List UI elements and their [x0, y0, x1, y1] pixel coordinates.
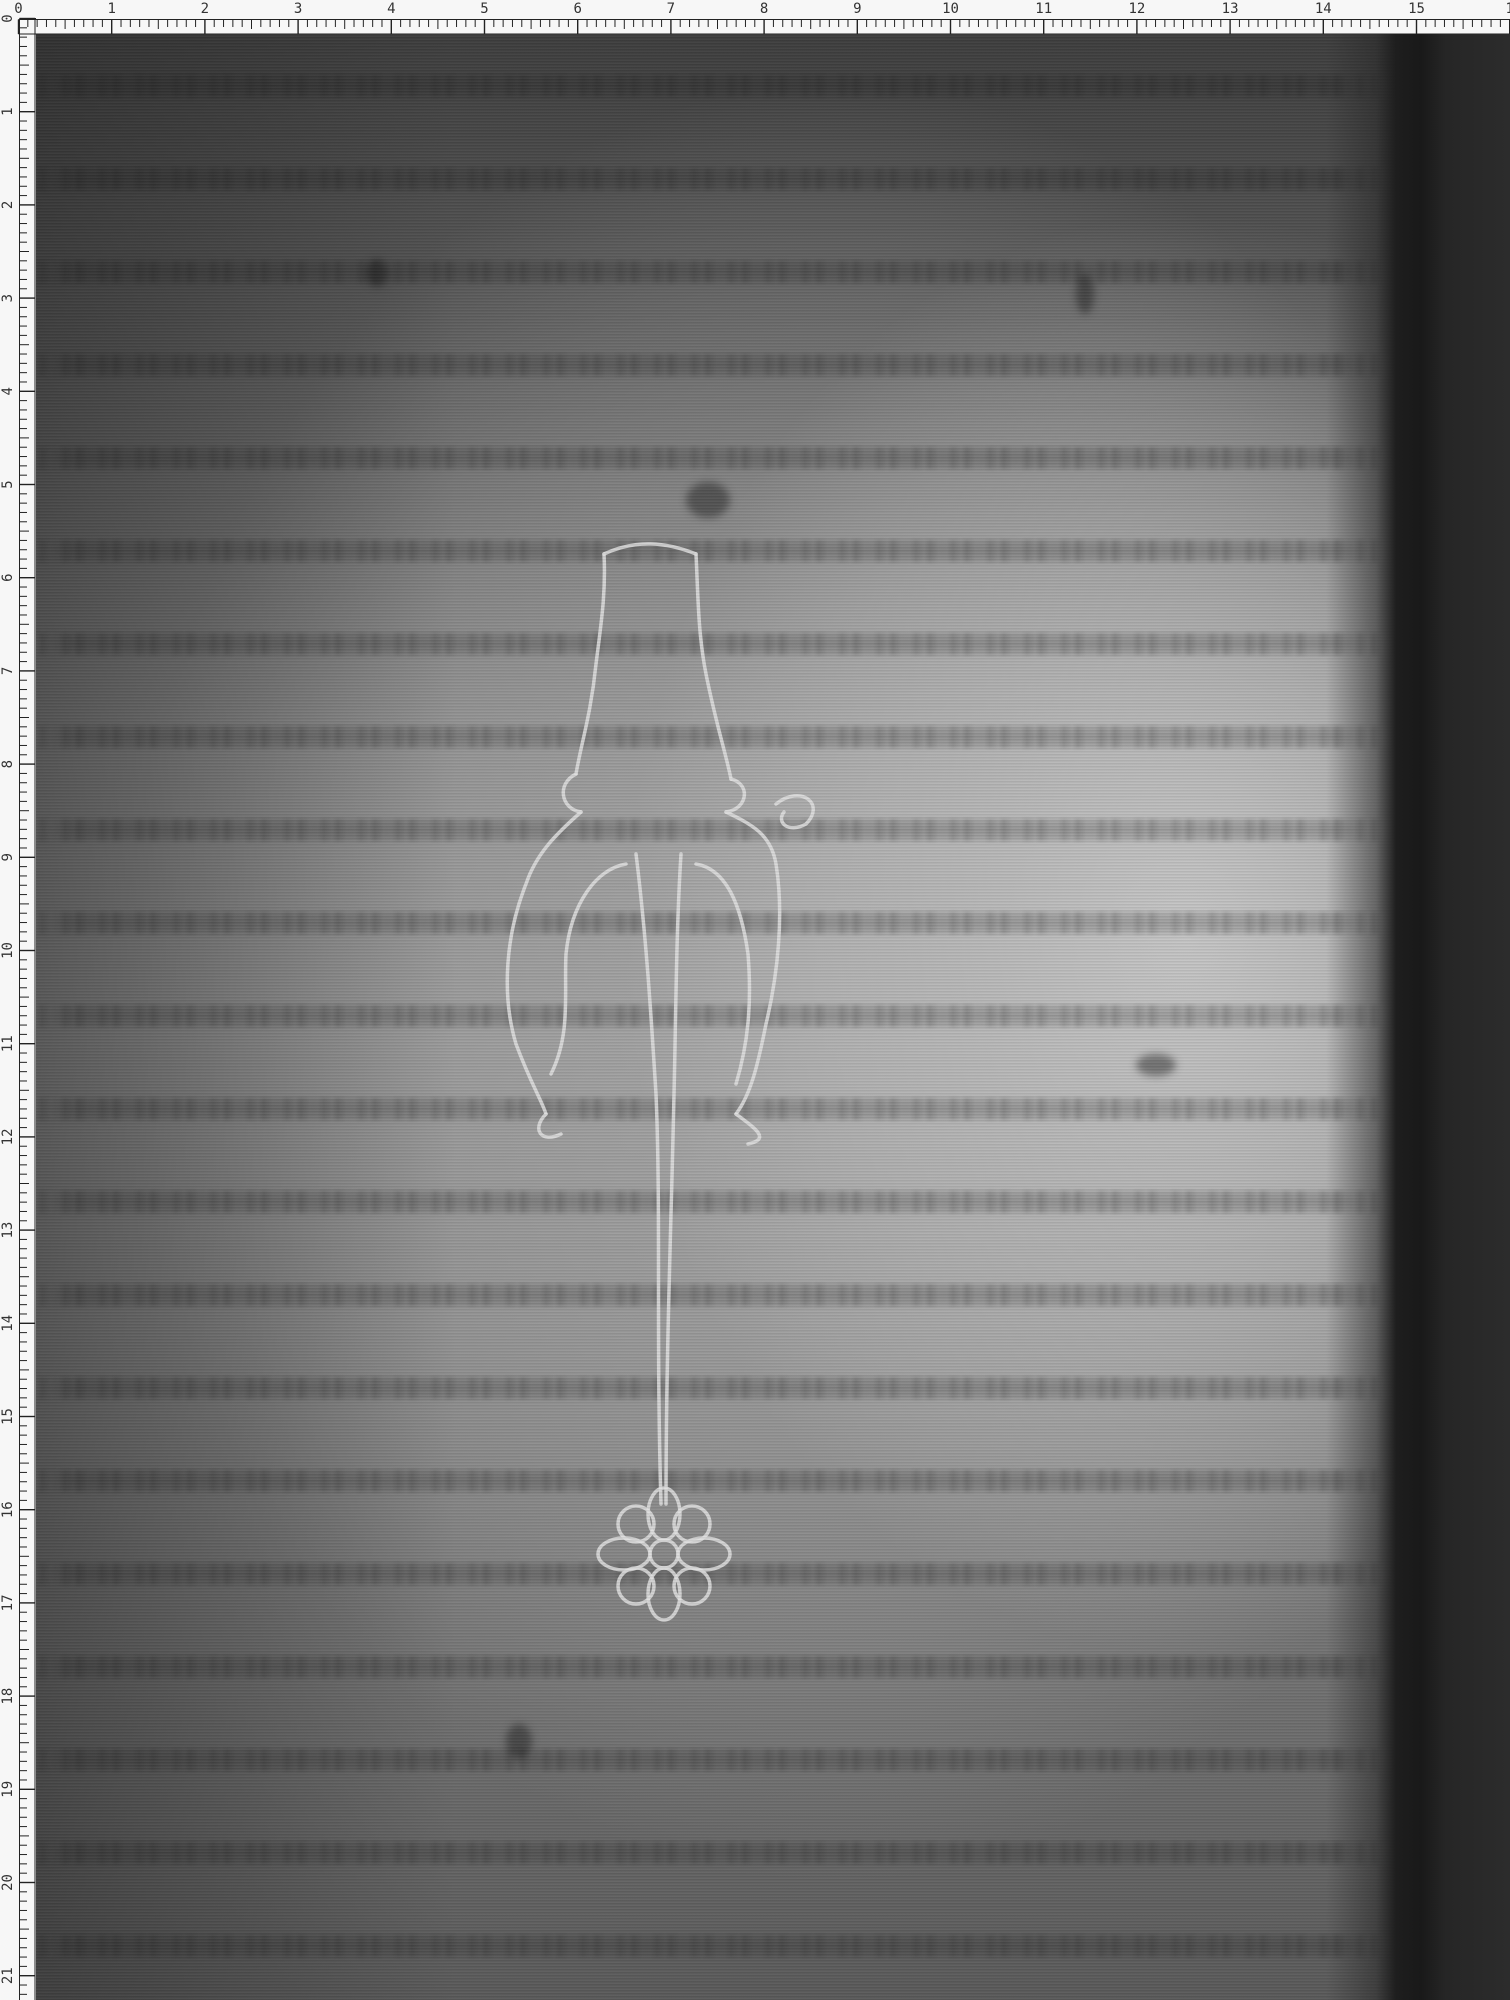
- left-ruler-label: 2: [0, 201, 16, 209]
- top-ruler-label: 12: [1128, 1, 1145, 17]
- top-ruler-label: 6: [573, 1, 581, 17]
- left-ruler-label: 21: [0, 1967, 16, 1984]
- top-ruler-label: 4: [387, 1, 395, 17]
- top-ruler-label: 14: [1315, 1, 1332, 17]
- top-ruler: 01234567891011121314151: [0, 0, 1510, 35]
- top-ruler-label: 7: [667, 1, 675, 17]
- left-ruler-label: 5: [0, 480, 16, 488]
- left-ruler-label: 12: [0, 1128, 16, 1145]
- left-ruler-label: 18: [0, 1688, 16, 1705]
- left-ruler-label: 19: [0, 1781, 16, 1798]
- top-ruler-label: 3: [294, 1, 302, 17]
- left-ruler-label: 4: [0, 387, 16, 395]
- left-ruler-label: 11: [0, 1035, 16, 1052]
- page-gutter-shadow: [36, 34, 1510, 2000]
- left-ruler-label: 20: [0, 1874, 16, 1891]
- top-ruler-label: 15: [1408, 1, 1425, 17]
- top-ruler-label: 13: [1222, 1, 1239, 17]
- top-ruler-label: 10: [942, 1, 959, 17]
- left-ruler-label: 14: [0, 1315, 16, 1332]
- top-ruler-label: 11: [1035, 1, 1052, 17]
- left-ruler-label: 10: [0, 942, 16, 959]
- left-ruler-label: 8: [0, 760, 16, 768]
- left-ruler-label: 0: [0, 14, 16, 22]
- top-ruler-label: 2: [201, 1, 209, 17]
- top-ruler-label: 8: [760, 1, 768, 17]
- left-ruler-label: 7: [0, 667, 16, 675]
- left-ruler-label: 17: [0, 1594, 16, 1611]
- left-ruler-label: 1: [0, 107, 16, 115]
- top-ruler-label: 1: [107, 1, 115, 17]
- left-ruler-label: 6: [0, 573, 16, 581]
- left-ruler-label: 3: [0, 294, 16, 302]
- top-ruler-label: 9: [853, 1, 861, 17]
- left-ruler-label: 16: [0, 1501, 16, 1518]
- radiograph-scan: [36, 34, 1510, 2000]
- left-ruler-label: 13: [0, 1222, 16, 1239]
- left-ruler-label: 9: [0, 853, 16, 861]
- top-ruler-label: 5: [480, 1, 488, 17]
- left-ruler: 0123456789101112131415161718192021: [0, 0, 36, 2000]
- top-ruler-label: 1: [1505, 1, 1510, 17]
- left-ruler-label: 15: [0, 1408, 16, 1425]
